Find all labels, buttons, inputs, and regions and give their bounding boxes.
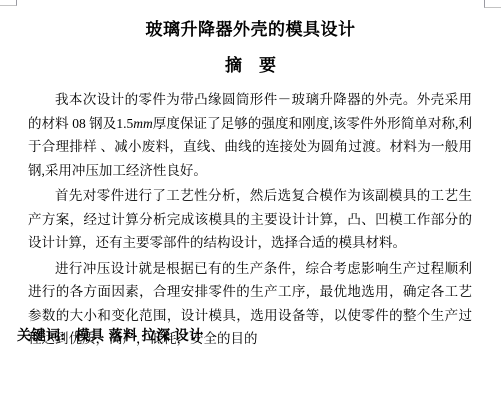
text-run: 首先对零件进行了工艺性分析，然后选复合模作为该副模具的工艺生产方案，经过计算分析… [28,188,472,250]
paragraph: 首先对零件进行了工艺性分析，然后选复合模作为该副模具的工艺生产方案，经过计算分析… [28,184,472,255]
text-run: mm [133,116,153,131]
document-title: 玻璃升降器外壳的模具设计 [0,20,501,40]
text-run: 1.5 [116,116,133,131]
document-page: 玻璃升降器外壳的模具设计 摘 要 我本次设计的零件为带凸缘圆筒形件－玻璃升降器的… [0,0,501,402]
keywords-terms: 模具 落料 拉深 设计 [72,329,204,344]
text-run: 08 [72,116,86,131]
page-margin-mark-top-left [0,0,17,6]
text-run: 钢及 [86,116,117,131]
page-margin-mark-top-right [484,0,501,8]
keywords-label: 关键词: [17,329,66,344]
keywords-line: 关键词: 模具 落料 拉深 设计 [17,328,204,346]
abstract-heading: 摘 要 [0,56,501,76]
paragraph: 我本次设计的零件为带凸缘圆筒形件－玻璃升降器的外壳。外壳采用的材料 08 钢及1… [28,88,472,182]
body-paragraphs: 我本次设计的零件为带凸缘圆筒形件－玻璃升降器的外壳。外壳采用的材料 08 钢及1… [28,88,472,351]
